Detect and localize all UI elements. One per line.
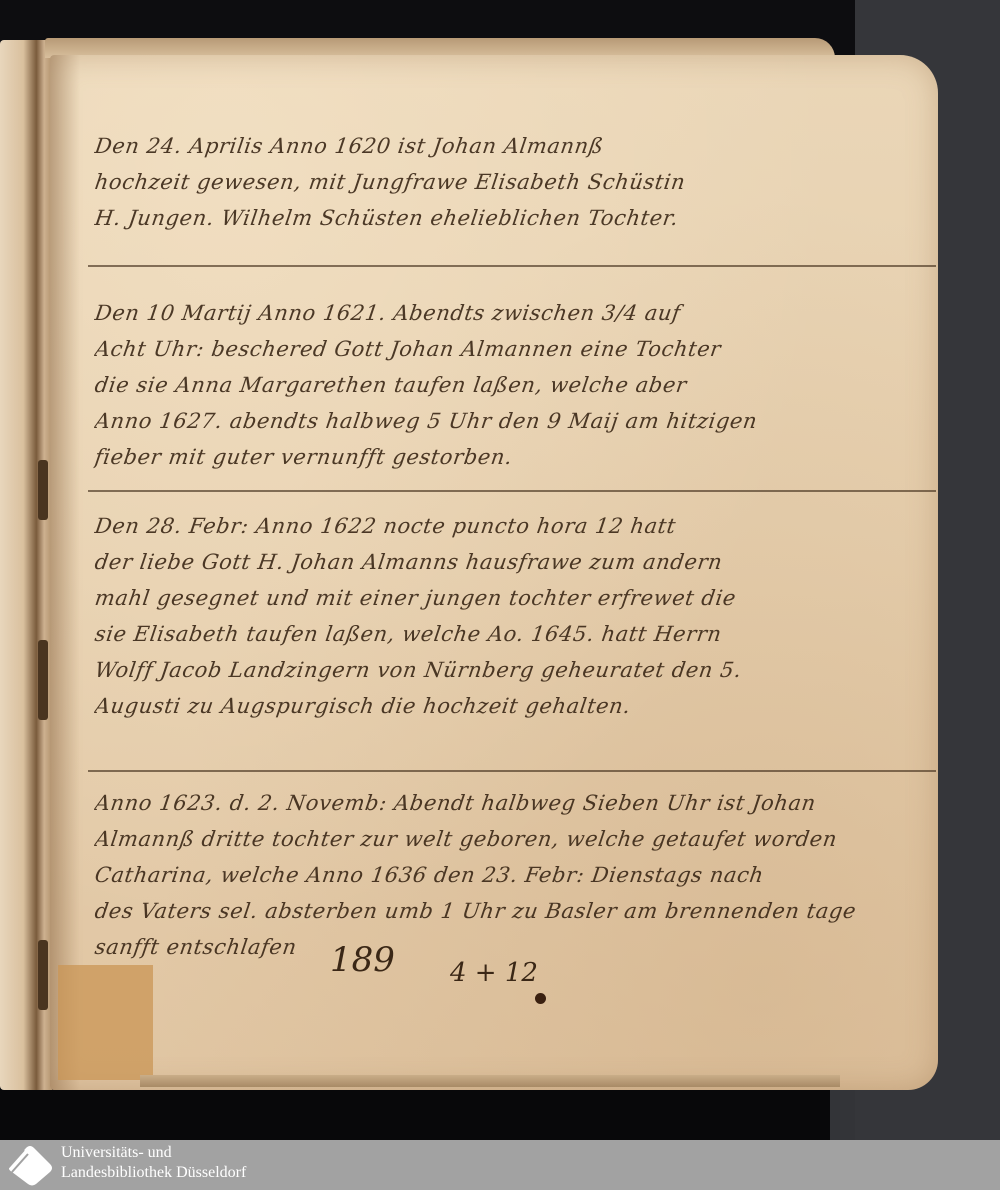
handwritten-line: mahl gesegnet und mit einer jungen tocht… <box>92 580 937 616</box>
manuscript-entry-4: Anno 1623. d. 2. Novemb: Abendt halbweg … <box>95 785 935 965</box>
handwritten-line: Den 24. Aprilis Anno 1620 ist Johan Alma… <box>92 128 937 164</box>
book-spine-binding <box>0 40 52 1090</box>
page-gutter-shadow <box>50 55 80 1090</box>
handwritten-line: sie Elisabeth taufen laßen, welche Ao. 1… <box>92 616 937 652</box>
binding-stitch <box>38 460 48 520</box>
library-footer: Universitäts- und Landesbibliothek Düsse… <box>0 1140 1000 1190</box>
ink-blot <box>535 993 546 1004</box>
binding-stitch <box>38 640 48 720</box>
handwritten-line: die sie Anna Margarethen taufen laßen, w… <box>92 367 937 403</box>
handwritten-line: Catharina, welche Anno 1636 den 23. Febr… <box>92 857 937 893</box>
handwritten-line: Almannß dritte tochter zur welt geboren,… <box>92 821 937 857</box>
folio-number: 189 <box>330 940 395 980</box>
handwritten-line: der liebe Gott H. Johan Almanns hausfraw… <box>92 544 937 580</box>
handwritten-line: H. Jungen. Wilhelm Schüsten eheliebliche… <box>92 200 937 236</box>
book-logo-icon <box>4 1144 54 1186</box>
entry-divider <box>88 770 936 772</box>
scan-viewer: Den 24. Aprilis Anno 1620 ist Johan Alma… <box>0 0 1000 1140</box>
handwritten-line: fieber mit guter vernunfft gestorben. <box>92 439 937 475</box>
handwritten-line: des Vaters sel. absterben umb 1 Uhr zu B… <box>92 893 937 929</box>
manuscript-entry-3: Den 28. Febr: Anno 1622 nocte puncto hor… <box>95 508 935 724</box>
handwritten-line: Den 10 Martij Anno 1621. Abendts zwische… <box>92 295 937 331</box>
handwritten-line: Den 28. Febr: Anno 1622 nocte puncto hor… <box>92 508 937 544</box>
manuscript-entry-1: Den 24. Aprilis Anno 1620 ist Johan Alma… <box>95 128 935 236</box>
library-name: Universitäts- und Landesbibliothek Düsse… <box>61 1143 246 1183</box>
background-shadow-bottom <box>0 1085 830 1140</box>
manuscript-entry-2: Den 10 Martij Anno 1621. Abendts zwische… <box>95 295 935 475</box>
binding-stitch <box>38 940 48 1010</box>
page-bottom-edge <box>140 1075 840 1087</box>
entry-divider <box>88 265 936 267</box>
library-name-line1: Universitäts- und <box>61 1143 246 1163</box>
repair-tape <box>58 965 153 1080</box>
handwritten-line: Augusti zu Augspurgisch die hochzeit geh… <box>92 688 937 724</box>
entry-divider <box>88 490 936 492</box>
library-name-line2: Landesbibliothek Düsseldorf <box>61 1163 246 1183</box>
handwritten-line: Wolff Jacob Landzingern von Nürnberg geh… <box>92 652 937 688</box>
handwritten-line: Anno 1627. abendts halbweg 5 Uhr den 9 M… <box>92 403 937 439</box>
shelf-mark: 4 + 12 <box>450 958 538 988</box>
handwritten-line: Acht Uhr: beschered Gott Johan Almannen … <box>92 331 937 367</box>
handwritten-line: hochzeit gewesen, mit Jungfrawe Elisabet… <box>92 164 937 200</box>
handwritten-line: Anno 1623. d. 2. Novemb: Abendt halbweg … <box>92 785 937 821</box>
